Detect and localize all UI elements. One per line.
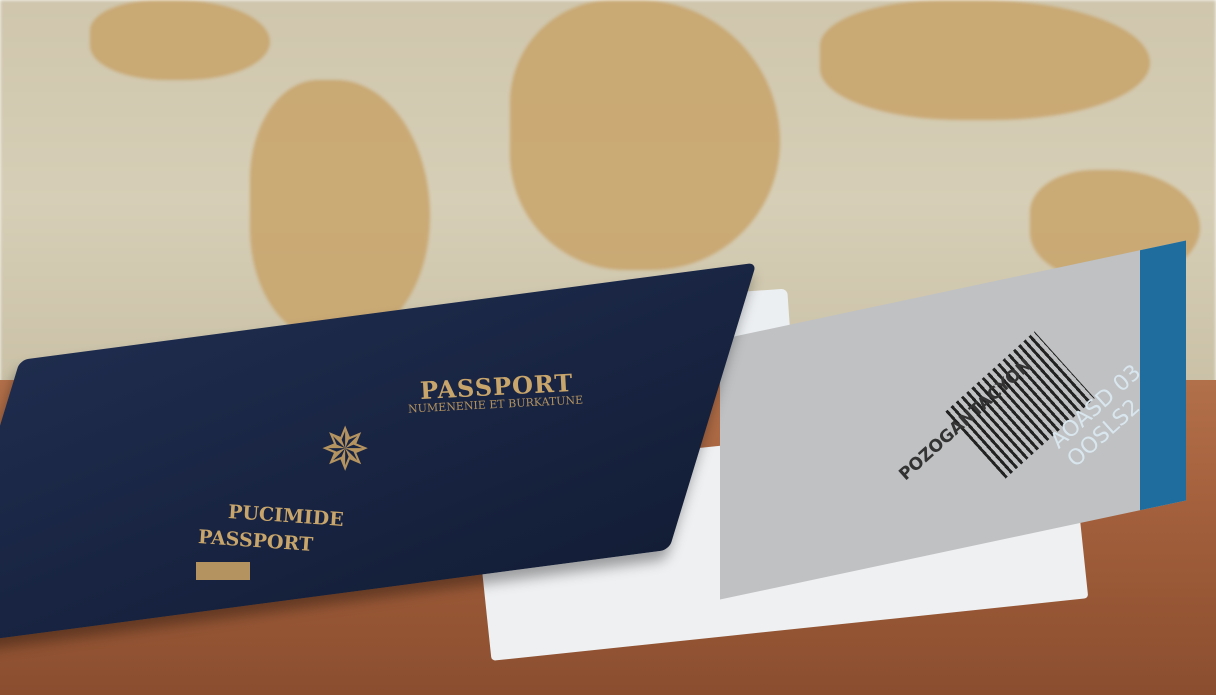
asia-shape <box>820 0 1150 120</box>
eagle-seal-icon: ✵ <box>320 415 370 485</box>
photo-scene: POZOGANTACYON AOASD 03 OOSLS2 PASSPORT N… <box>0 0 1216 695</box>
north-america-shape <box>90 0 270 80</box>
biometric-chip-icon <box>196 562 250 580</box>
africa-shape <box>510 0 780 270</box>
south-america-shape <box>250 80 430 340</box>
